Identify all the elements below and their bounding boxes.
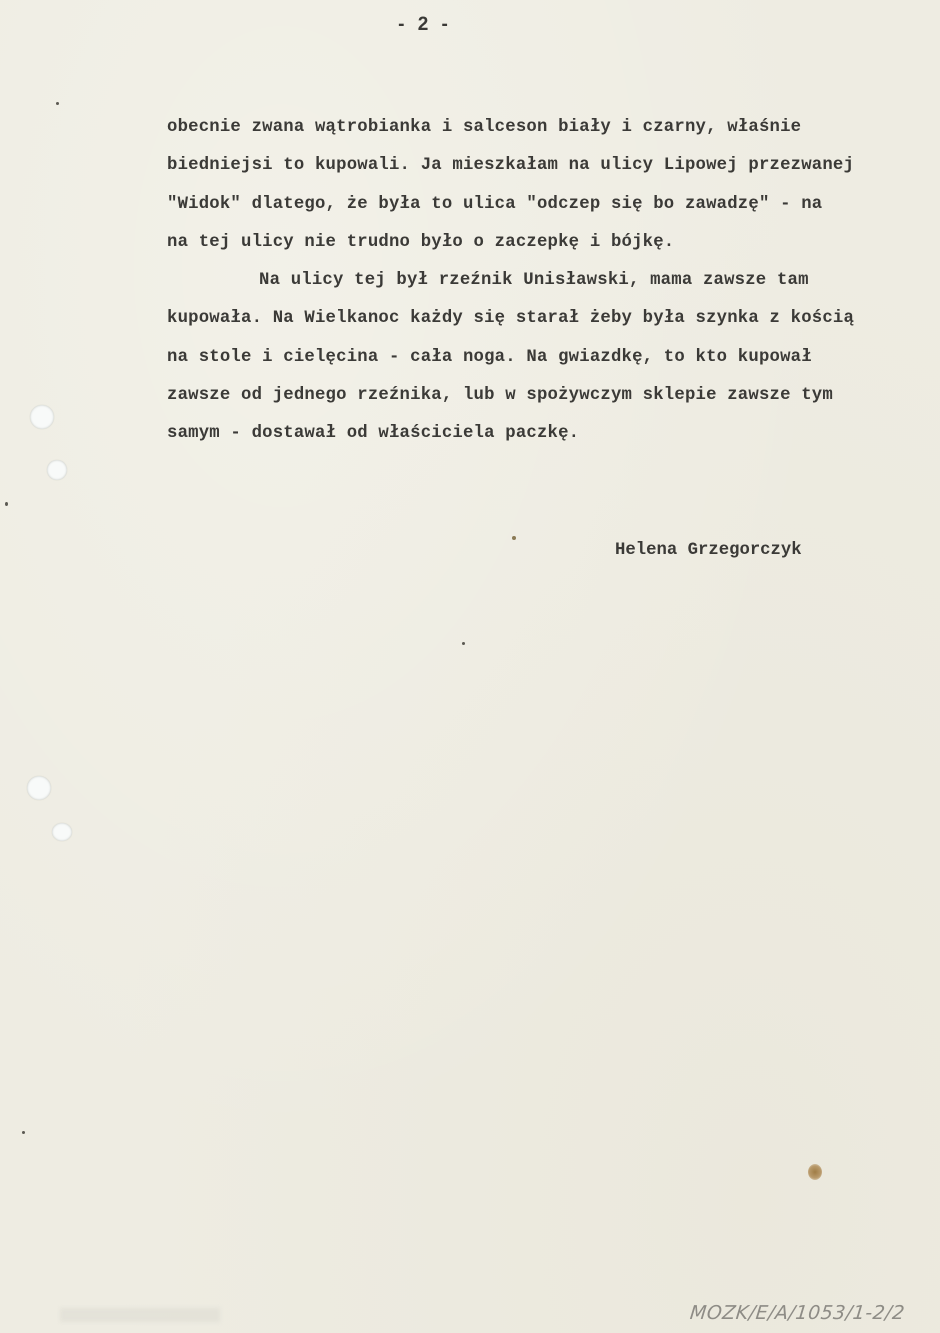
page-number: - 2 -	[0, 14, 850, 36]
text-line: obecnie zwana wątrobianka i salceson bia…	[167, 109, 927, 147]
text-line: biedniejsi to kupowali. Ja mieszkałam na…	[167, 147, 927, 185]
text-line: na tej ulicy nie trudno było o zaczepkę …	[167, 224, 927, 262]
punch-hole	[47, 460, 67, 480]
paper-speck	[22, 1131, 25, 1134]
paper-speck	[462, 642, 465, 645]
paper-speck	[56, 102, 59, 105]
text-line-indented: Na ulicy tej był rzeźnik Unisławski, mam…	[167, 262, 927, 300]
paper-speck	[5, 502, 8, 506]
body-text: obecnie zwana wątrobianka i salceson bia…	[167, 109, 927, 454]
punch-hole	[52, 823, 72, 841]
paper-stain	[808, 1164, 822, 1180]
text-line: kupowała. Na Wielkanoc każdy się starał …	[167, 300, 927, 338]
text-line: "Widok" dlatego, że była to ulica "odcze…	[167, 186, 927, 224]
text-line: samym - dostawał od właściciela paczkę.	[167, 415, 927, 453]
punch-hole	[27, 776, 51, 800]
text-line: na stole i cielęcina - cała noga. Na gwi…	[167, 339, 927, 377]
punch-hole	[30, 405, 54, 429]
scanned-page: - 2 - obecnie zwana wątrobianka i salces…	[0, 0, 940, 1333]
faint-stamp-mark	[60, 1308, 220, 1322]
text-line: zawsze od jednego rzeźnika, lub w spożyw…	[167, 377, 927, 415]
paper-speck	[512, 536, 516, 540]
signature: Helena Grzegorczyk	[615, 541, 802, 560]
archive-reference: MOZK/E/A/1053/1-2/2	[689, 1302, 906, 1324]
